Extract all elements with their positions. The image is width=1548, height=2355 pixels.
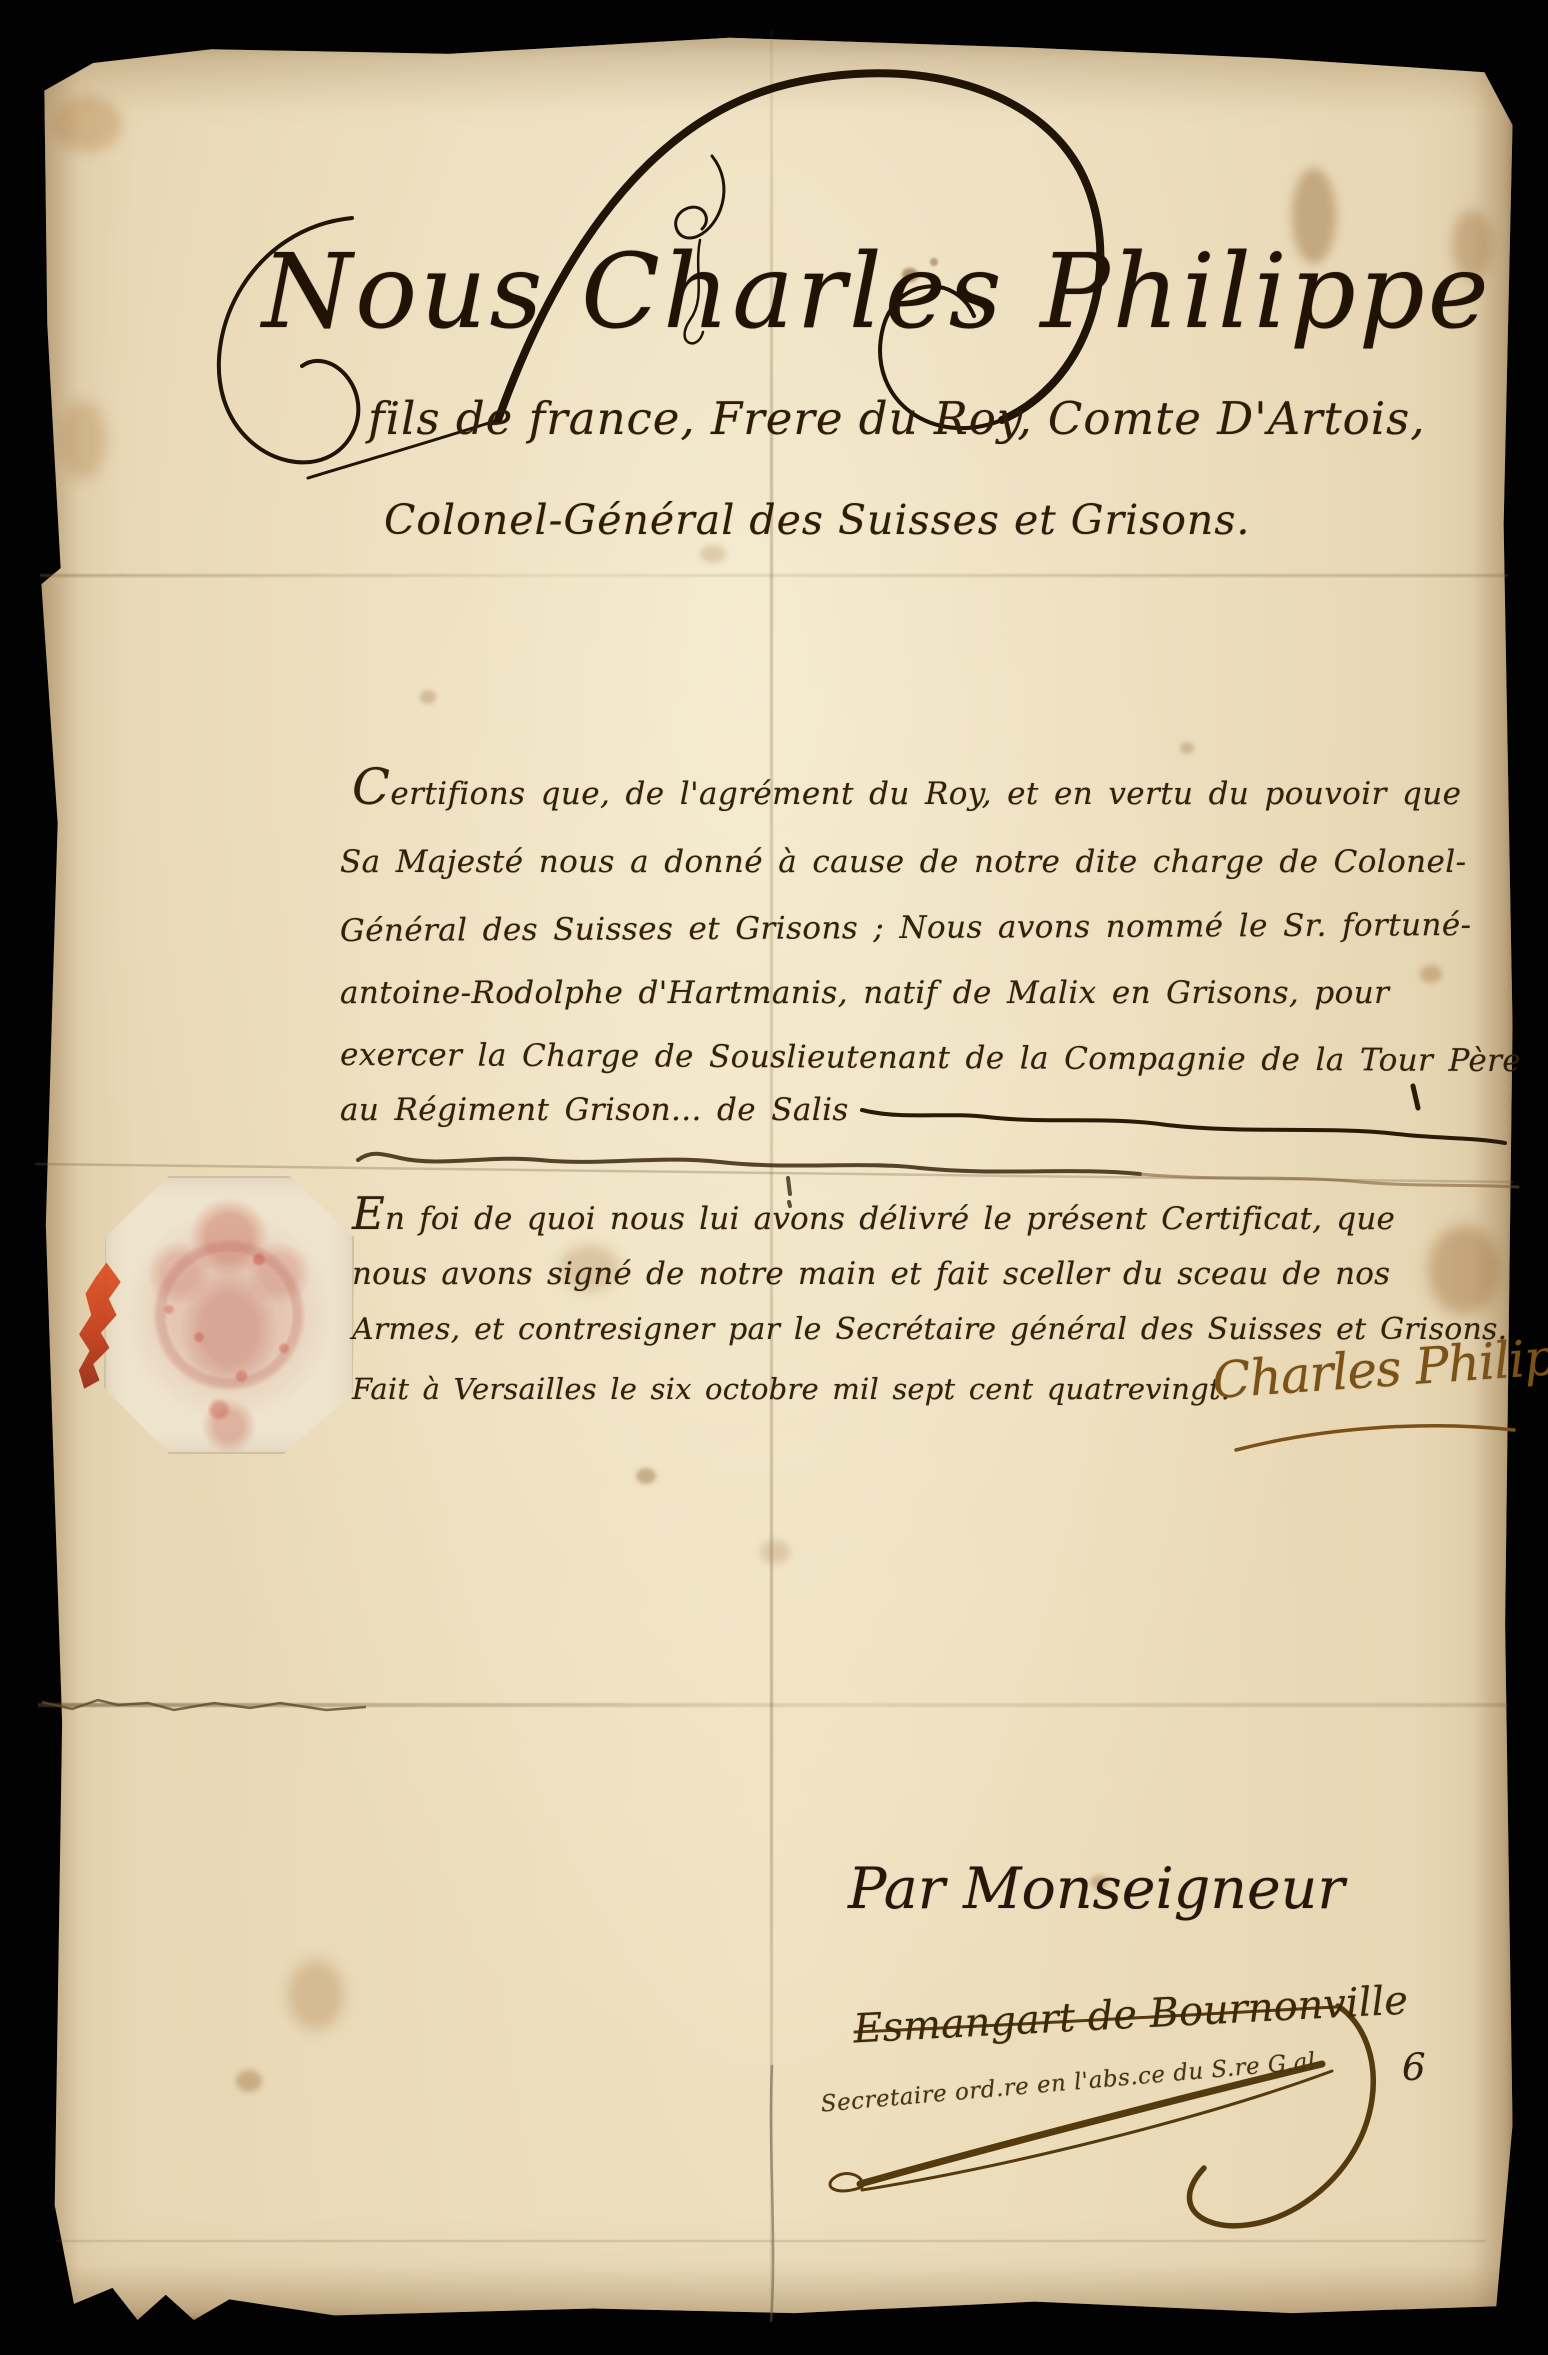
photograph-backdrop: { "document": { "title": "Nous Charles P…	[0, 0, 1548, 2355]
filler-dash-line	[862, 1086, 1505, 1143]
bottom-fold-mark	[771, 2065, 773, 2322]
countersign-heading: Par Monseigneur	[848, 1856, 1345, 1922]
fold-tear-marks	[42, 1700, 366, 1710]
certification-line: Certifions que, de l'agrément du Roy, et…	[352, 768, 1461, 812]
certification-line: exercer la Charge de Souslieutenant de l…	[340, 1037, 1521, 1079]
certification-line: Général des Suisses et Grisons ; Nous av…	[340, 907, 1472, 949]
attestation-line: nous avons signé de notre main et fait s…	[352, 1256, 1390, 1292]
attestation-line: Armes, et contresigner par le Secrétaire…	[352, 1312, 1507, 1347]
title-line-3: Colonel-Général des Suisses et Grisons.	[384, 496, 1250, 544]
royal-signature-underline	[1236, 1426, 1514, 1450]
title-line-2: fils de france, Frere du Roy, Comte D'Ar…	[368, 392, 1426, 445]
attestation-line: Fait à Versailles le six octobre mil sep…	[352, 1372, 1230, 1406]
certification-line: Sa Majesté nous a donné à cause de notre…	[340, 844, 1466, 880]
page-number: 6	[1402, 2046, 1426, 2089]
certification-line: antoine-Rodolphe d'Hartmanis, natif de M…	[340, 975, 1389, 1011]
certification-line: au Régiment Grison... de Salis	[340, 1092, 849, 1128]
attestation-line: En foi de quoi nous lui avons délivré le…	[352, 1196, 1395, 1237]
document-title: Nous Charles Philippe	[262, 232, 1492, 352]
